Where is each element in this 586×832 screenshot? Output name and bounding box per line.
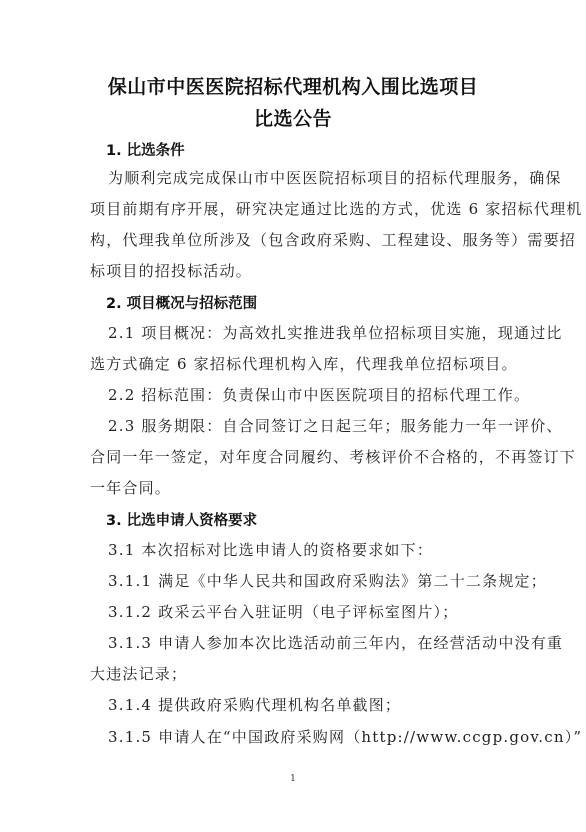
paragraph-line: 合同一年一签定，对年度合同履约、考核评价不合格的，不再签订下 xyxy=(90,446,576,467)
paragraph-line: 3.1 本次招标对比选申请人的资格要求如下： xyxy=(108,539,433,560)
section-heading-2: 2. 项目概况与招标范围 xyxy=(106,292,257,313)
paragraph-line: 3.1.5 申请人在“中国政府采购网（http://www.ccgp.gov.c… xyxy=(108,726,582,747)
paragraph-line: 项目前期有序开展，研究决定通过比选的方式，优选 6 家招标代理机 xyxy=(90,198,582,219)
paragraph-line: 选方式确定 6 家招标代理机构入库，代理我单位招标项目。 xyxy=(90,353,518,374)
page-number: 1 xyxy=(0,774,586,784)
document-subtitle: 比选公告 xyxy=(0,104,586,131)
paragraph-line: 3.1.3 申请人参加本次比选活动前三年内，在经营活动中没有重 xyxy=(108,632,563,653)
paragraph-line: 为顺利完成完成保山市中医医院招标项目的招标代理服务，确保 xyxy=(108,167,562,188)
paragraph-line: 标项目的招投标活动。 xyxy=(90,260,252,281)
paragraph-line: 构，代理我单位所涉及（包含政府采购、工程建设、服务等）需要招 xyxy=(90,229,576,250)
document-title: 保山市中医医院招标代理机构入围比选项目 xyxy=(0,72,586,99)
paragraph-line: 2.1 项目概况：为高效扎实推进我单位招标项目实施，现通过比 xyxy=(108,322,563,343)
section-heading-3: 3. 比选申请人资格要求 xyxy=(106,509,257,530)
paragraph-line: 3.1.4 提供政府采购代理机构名单截图； xyxy=(108,694,401,715)
paragraph-line: 大违法记录； xyxy=(90,663,187,684)
section-heading-1: 1. 比选条件 xyxy=(106,139,185,160)
paragraph-line: 3.1.2 政采云平台入驻证明（电子评标室图片）； xyxy=(108,601,458,622)
paragraph-line: 2.3 服务期限：自合同签订之日起三年；服务能力一年一评价、 xyxy=(108,415,563,436)
paragraph-line: 3.1.1 满足《中华人民共和国政府采购法》第二十二条规定； xyxy=(108,570,547,591)
document-page: 保山市中医医院招标代理机构入围比选项目 比选公告 1. 比选条件 为顺利完成完成… xyxy=(0,0,586,832)
paragraph-line: 2.2 招标范围：负责保山市中医医院项目的招标代理工作。 xyxy=(108,384,530,405)
paragraph-line: 一年合同。 xyxy=(90,477,171,498)
